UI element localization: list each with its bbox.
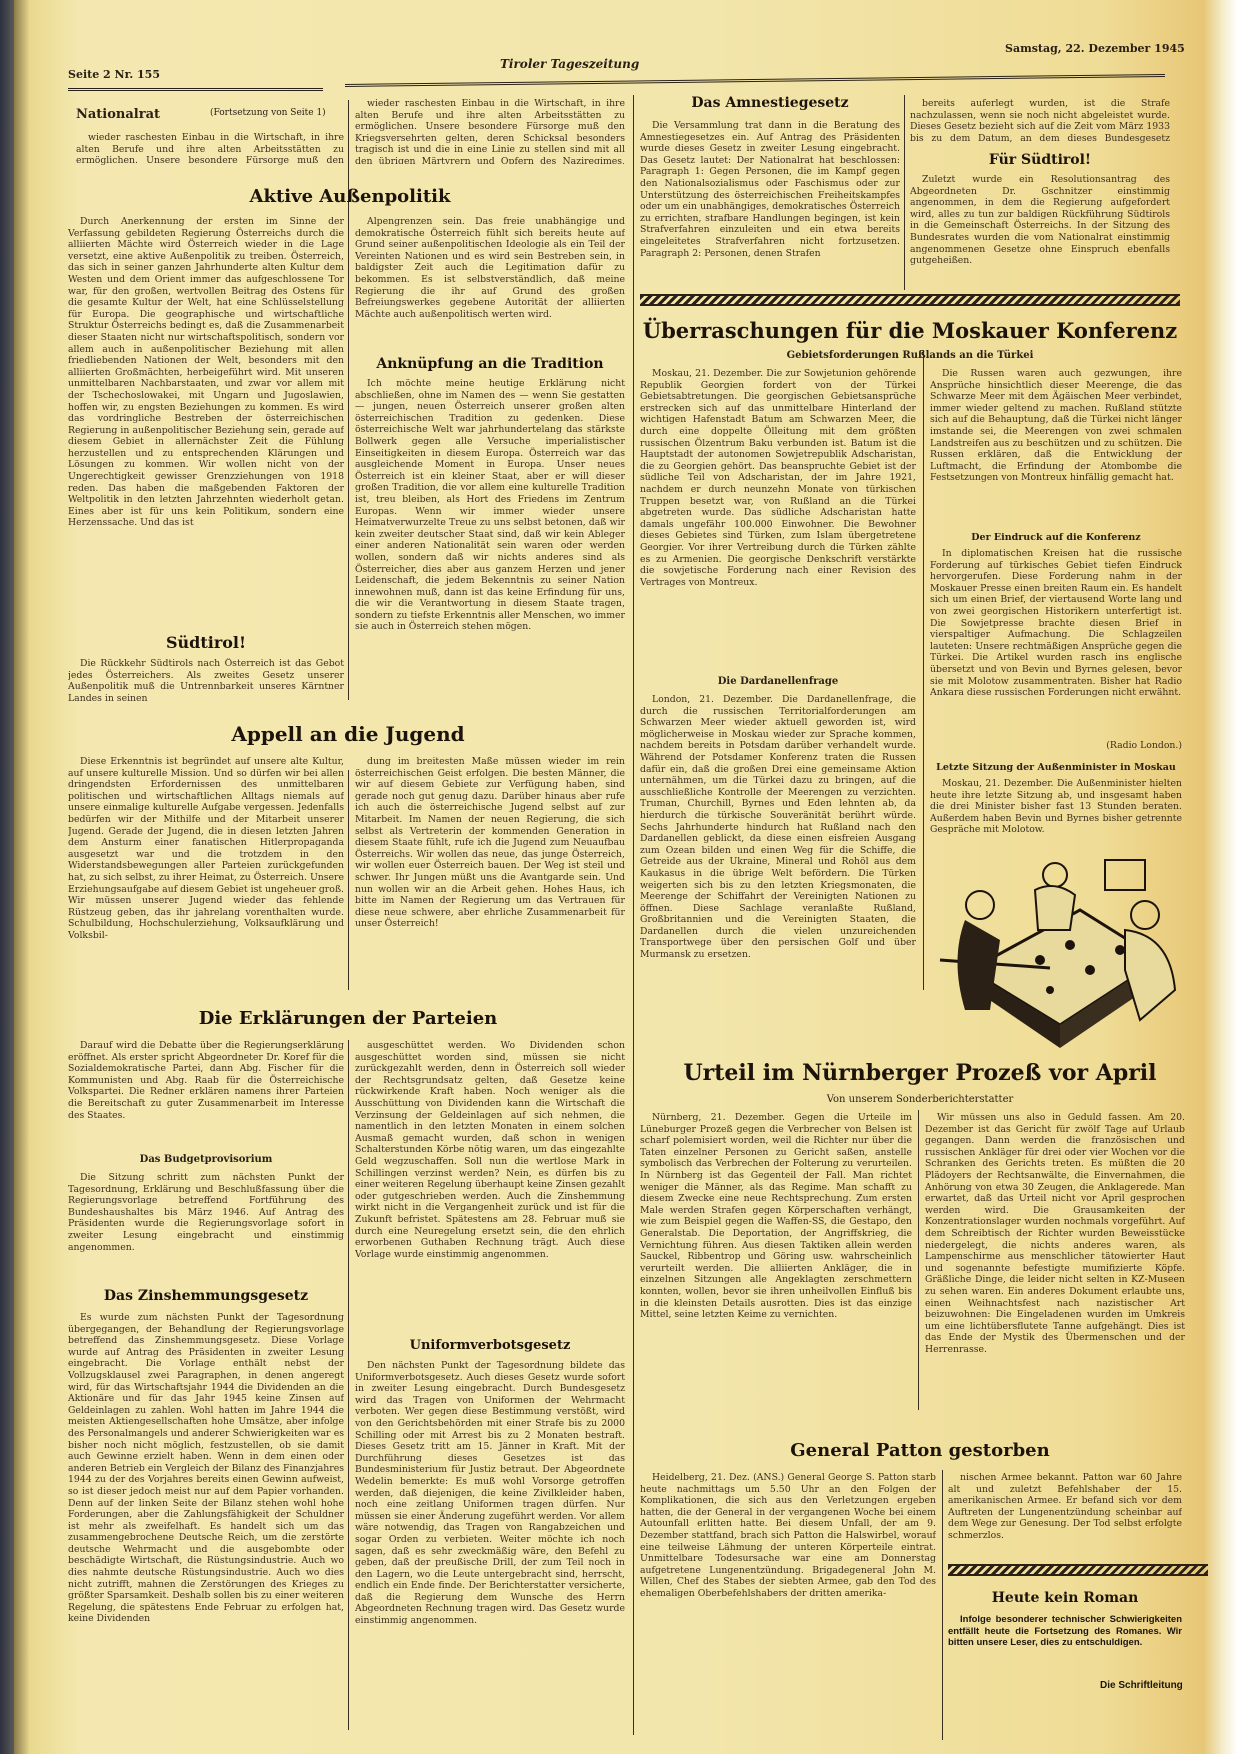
newspaper-name: Tiroler Tageszeitung (500, 57, 639, 71)
article-body: wieder raschesten Einbau in die Wirtscha… (76, 132, 344, 168)
article-body: wieder raschesten Einbau in die Wirtscha… (355, 98, 625, 164)
section-subtitle: Das Budgetprovisorium (68, 1154, 344, 1165)
article-title-fuer-suedtirol: Für Südtirol! (910, 152, 1170, 168)
article-body: Moskau, 21. Dezember. Die zur Sowjetunio… (640, 368, 916, 668)
notice-signature: Die Schriftleitung (1100, 1680, 1183, 1691)
section-subtitle: Die Dardanellenfrage (640, 676, 916, 687)
article-body: Den nächsten Punkt der Tagesordnung bild… (355, 1360, 625, 1738)
next-page-edge (1204, 0, 1238, 1754)
column-divider (923, 350, 924, 990)
article-body: Ich möchte meine heutige Erklärung nicht… (355, 378, 625, 700)
article-subtitle: Gebietsforderungen Rußlands an die Türke… (640, 350, 1180, 361)
article-title-nationalrat: Nationalrat (76, 107, 160, 122)
article-body: Es wurde zum nächsten Punkt der Tagesord… (68, 1312, 344, 1737)
article-title-tradition: Anknüpfung an die Tradition (355, 356, 625, 372)
article-body: In diplomatischen Kreisen hat die russis… (930, 548, 1182, 744)
article-body: Durch Anerkennung der ersten im Sinne de… (68, 216, 344, 624)
article-body: dung im breitesten Maße müssen wieder im… (355, 756, 625, 992)
header-rule-left (68, 88, 323, 91)
page-number: Seite 2 Nr. 155 (68, 68, 160, 81)
article-body: ausgeschüttet werden. Wo Dividenden scho… (355, 1040, 625, 1332)
source-credit: (Radio London.) (1090, 740, 1182, 754)
article-body: Nürnberg, 21. Dezember. Gegen die Urteil… (640, 1112, 912, 1414)
article-body: Alpengrenzen sein. Das freie unabhängige… (355, 216, 625, 344)
notice-body: Infolge besonderer technischer Schwierig… (948, 1614, 1182, 1666)
article-title-amnestie: Das Amnestiegesetz (640, 95, 900, 111)
article-body: London, 21. Dezember. Die Dardanellenfra… (640, 694, 916, 1038)
column-divider (348, 1040, 349, 1730)
article-title-patton: General Patton gestorben (640, 1440, 1200, 1461)
article-subtitle: Von unserem Sonderberichterstatter (640, 1094, 1200, 1105)
column-divider (904, 95, 905, 290)
continuation-note: (Fortsetzung von Seite 1) (210, 108, 326, 118)
column-divider (348, 770, 349, 990)
issue-date: Samstag, 22. Dezember 1945 (1005, 42, 1185, 55)
article-title-moskau: Überraschungen für die Moskauer Konferen… (640, 318, 1180, 343)
article-body: Die Versammlung trat dann in die Beratun… (640, 120, 900, 290)
article-title-aussenpolitik: Aktive Außenpolitik (200, 186, 500, 207)
article-body: Die Russen waren auch gezwungen, ihre An… (930, 368, 1182, 528)
article-body: Die Sitzung schritt zum nächsten Punkt d… (68, 1172, 344, 1272)
article-body: Darauf wird die Debatte über die Regieru… (68, 1040, 344, 1146)
billiards-cartoon-illustration (930, 850, 1190, 1050)
column-divider (918, 1110, 919, 1410)
article-body: Diese Erkenntnis ist begründet auf unser… (68, 756, 344, 992)
article-body: Moskau, 21. Dezember. Die Außenminister … (930, 778, 1182, 838)
article-title-zinshemmung: Das Zinshemmungsgesetz (68, 1288, 344, 1304)
article-body: Zuletzt wurde ein Resolutionsantrag des … (910, 174, 1170, 284)
article-title-appell: Appell an die Jugend (68, 722, 628, 746)
article-body: bereits auferlegt wurden, ist die Strafe… (910, 98, 1170, 144)
article-body: Die Rückkehr Südtirols nach Österreich i… (68, 658, 344, 706)
column-divider (942, 1470, 943, 1740)
article-title-parteien: Die Erklärungen der Parteien (68, 1008, 628, 1029)
section-divider (640, 294, 1180, 306)
section-subtitle: Letzte Sitzung der Außenminister in Mosk… (930, 762, 1182, 773)
book-spine (0, 0, 14, 1754)
article-title-nuernberg: Urteil im Nürnberger Prozeß vor April (640, 1060, 1200, 1086)
section-divider (948, 1564, 1208, 1576)
article-body: nischen Armee bekannt. Patton war 60 Jah… (948, 1472, 1182, 1556)
section-subtitle: Der Eindruck auf die Konferenz (930, 532, 1182, 543)
article-body: Wir müssen uns also in Geduld fassen. Am… (925, 1112, 1185, 1414)
column-divider (633, 95, 634, 1735)
article-title-uniformverbot: Uniformverbotsgesetz (355, 1338, 625, 1353)
notice-title: Heute kein Roman (948, 1590, 1182, 1606)
article-body: Heidelberg, 21. Dez. (ANS.) General Geor… (640, 1472, 936, 1732)
article-title-suedtirol: Südtirol! (68, 633, 344, 652)
